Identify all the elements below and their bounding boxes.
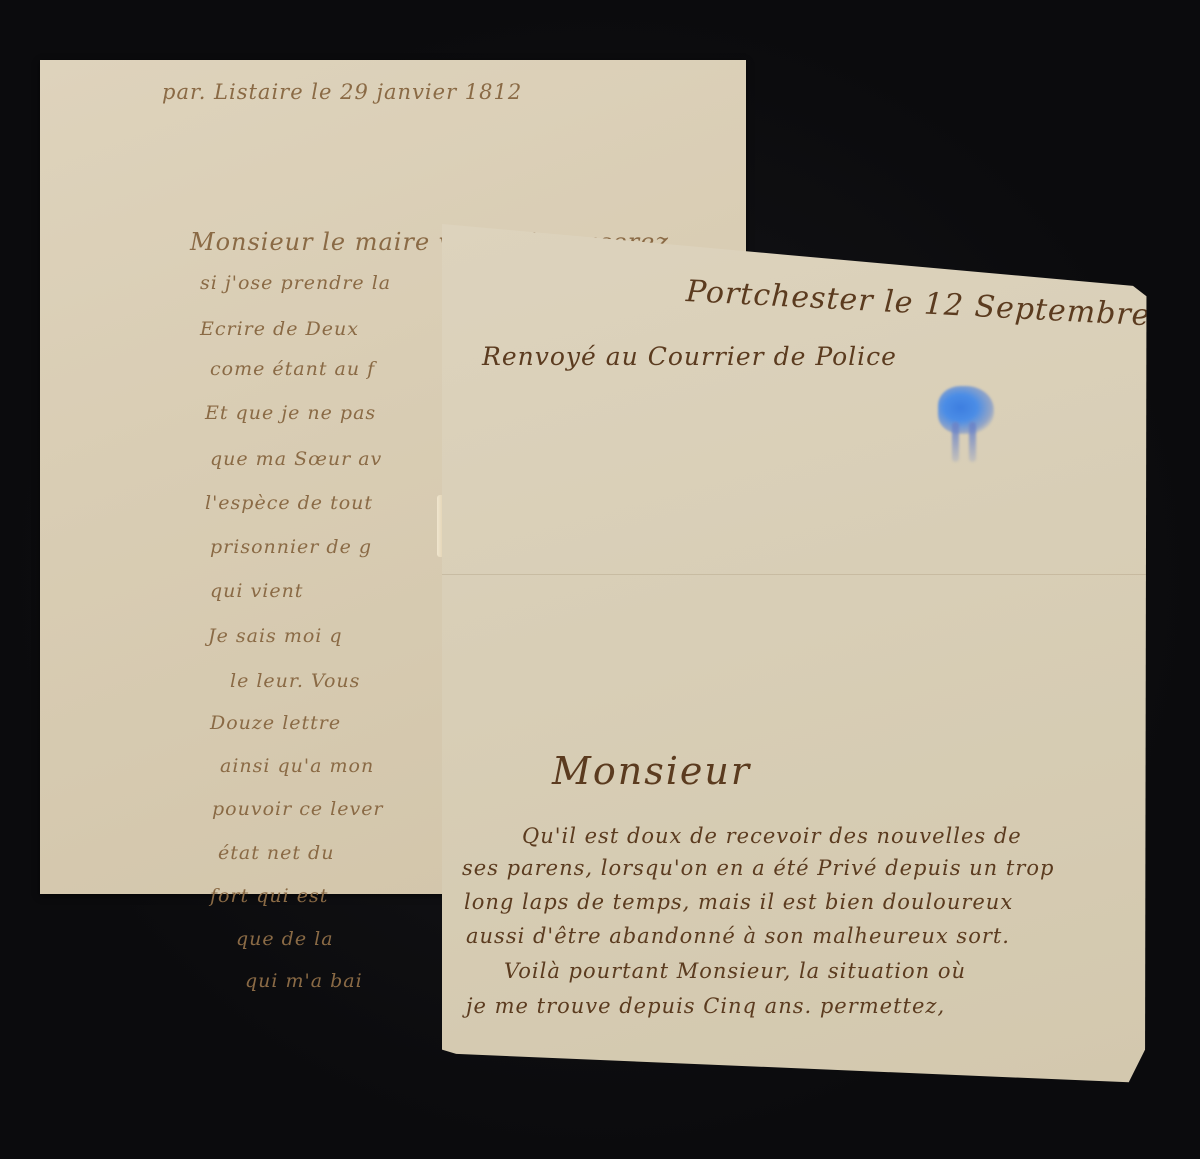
letter-1812-line: Et que je ne pas <box>205 402 376 424</box>
letter-1813-line: Qu'il est doux de recevoir des nouvelles… <box>522 824 1022 848</box>
letter-1812-line: ainsi qu'a mon <box>220 755 374 777</box>
letter-1813-line: long laps de temps, mais il est bien dou… <box>464 890 1013 914</box>
letter-1812-line: Douze lettre <box>210 712 341 734</box>
letter-1812-line: que de la <box>236 928 334 950</box>
letter-1812-line: come étant au f <box>210 358 375 380</box>
letter-1812-line: qui m'a bai <box>245 970 363 992</box>
letter-1812-line: Ecrire de Deux <box>200 318 359 340</box>
letter-1812-line: état net du <box>218 842 334 864</box>
blue-ink-drip <box>952 422 959 462</box>
letter-1812-line: si j'ose prendre la <box>200 272 391 294</box>
letter-1812-line: qui vient <box>210 580 303 602</box>
letter-1812-header: par. Listaire le 29 janvier 1812 <box>162 80 522 104</box>
paper-crease <box>442 574 1150 575</box>
letter-1812-line: fort qui est <box>210 885 328 907</box>
letter-1813-line: je me trouve depuis Cinq ans. permettez, <box>466 994 945 1018</box>
letter-1812-line: pouvoir ce lever <box>212 798 384 820</box>
letter-1812-line: prisonnier de g <box>210 536 372 558</box>
blue-ink-drip <box>969 422 976 462</box>
letter-1813-line: ses parens, lorsqu'on en a été Privé dep… <box>462 856 1054 880</box>
letter-1812-line: que ma Sœur av <box>210 448 382 470</box>
letter-1812-line: le leur. Vous <box>230 670 360 692</box>
blue-ink-stamp <box>938 386 994 434</box>
letter-1812-line: l'espèce de tout <box>205 492 373 514</box>
letter-1813: Portchester le 12 Septembre 1813. Renvoy… <box>442 224 1150 1084</box>
letter-1813-address: Renvoyé au Courrier de Police <box>482 342 897 371</box>
letter-1813-salutation: Monsieur <box>552 749 751 793</box>
letter-1813-line: Voilà pourtant Monsieur, la situation où <box>504 959 966 983</box>
letter-1813-line: aussi d'être abandonné à son malheureux … <box>466 924 1010 948</box>
letter-1812-line: Je sais moi q <box>208 625 343 647</box>
